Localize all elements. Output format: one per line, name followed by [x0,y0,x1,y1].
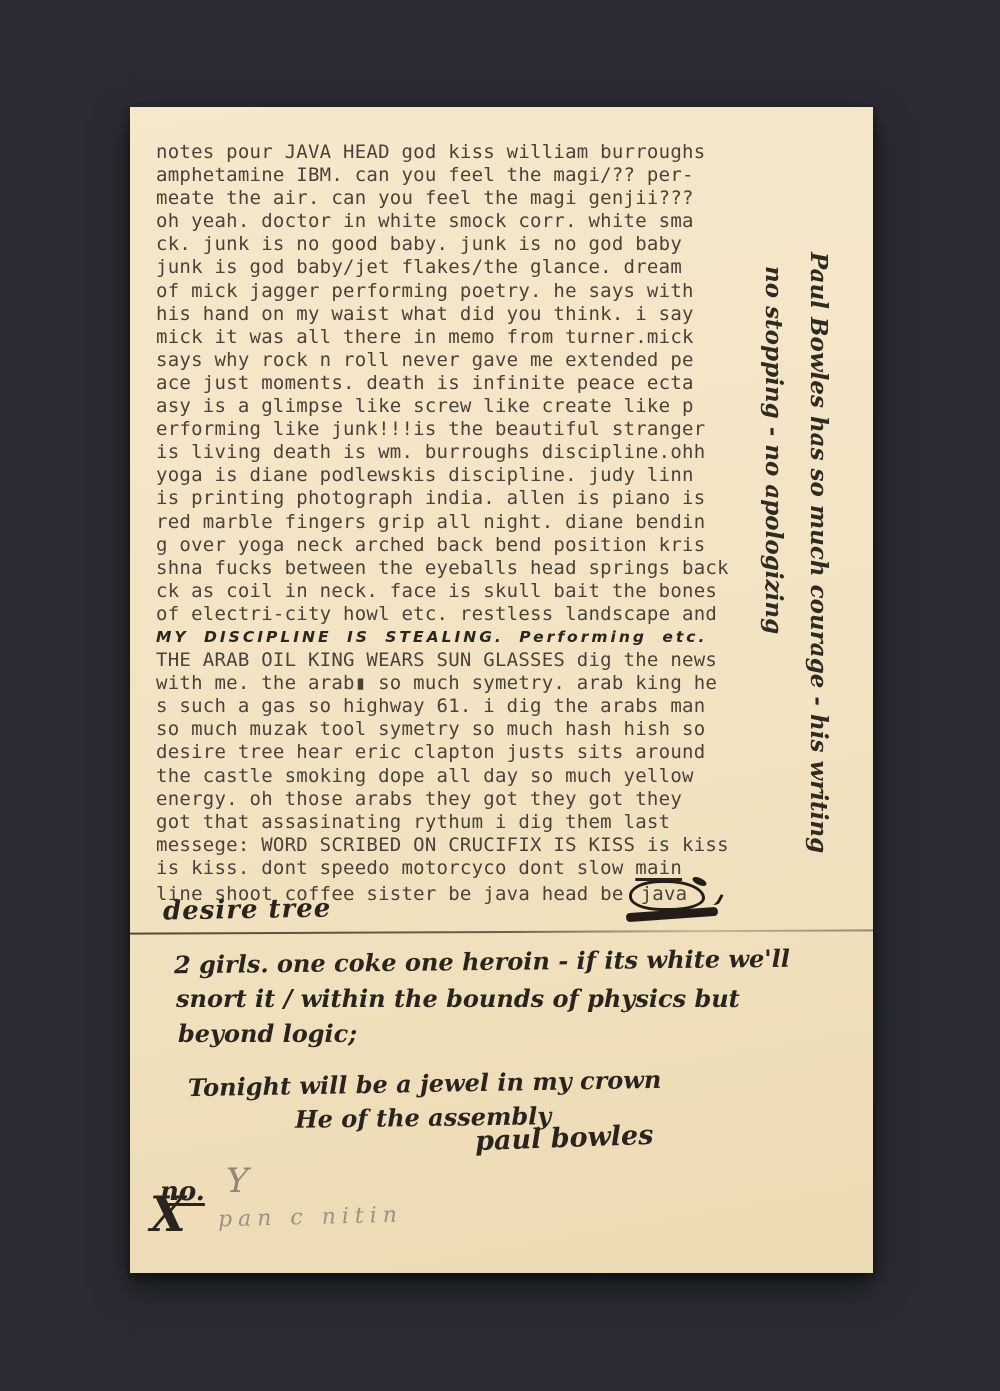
handwritten-desire-tree: desire tree [163,894,332,927]
typed-line: is printing photograph india. allen is p… [156,487,729,510]
handwritten-note-line2: snort it / within the bounds of physics … [176,984,740,1013]
typed-line: is living death is wm. burroughs discipl… [156,441,729,464]
typed-line: mick it was all there in memo from turne… [156,326,729,349]
handwritten-insert-stealing: MY DISCIPLINE IS STEALING. Performing et… [156,626,729,649]
typed-line: the castle smoking dope all day so much … [156,765,729,788]
typed-line: asy is a glimpse like screw like create … [156,395,729,418]
rotated-margin-note: Paul Bowles has so much courage - his wr… [749,252,841,912]
typed-line: of electri-city howl etc. restless lands… [156,603,729,626]
typed-line: with me. the arab▮ so much symetry. arab… [156,672,729,695]
typed-text: is kiss. dont speedo motorcyco dont slow [156,857,635,879]
underlined-word-main: main [635,857,682,879]
typed-line: so much muzak tool symetry so much hash … [156,718,729,741]
horizontal-rule-line [130,929,873,934]
typed-line: ace just moments. death is infinite peac… [156,372,729,395]
pencil-number-mark: Y [226,1161,248,1201]
pencil-scribble: pan c nitin [218,1203,404,1233]
typed-line: junk is god baby/jet flakes/the glance. … [156,256,729,279]
typed-line: messege: WORD SCRIBED ON CRUCIFIX IS KIS… [156,834,729,857]
typed-line: says why rock n roll never gave me exten… [156,349,729,372]
typescript-block: notes pour JAVA HEAD god kiss william bu… [156,141,729,911]
typed-line: energy. oh those arabs they got they got… [156,788,729,811]
typed-line: THE ARAB OIL KING WEARS SUN GLASSES dig … [156,649,729,672]
typed-line: yoga is diane podlewskis discipline. jud… [156,464,729,487]
typed-line: his hand on my waist what did you think.… [156,303,729,326]
typed-line: ck. junk is no good baby. junk is no god… [156,233,729,256]
typed-line: red marble fingers grip all night. diane… [156,511,729,534]
photo-background: notes pour JAVA HEAD god kiss william bu… [0,0,1000,1391]
margin-note-line1: Paul Bowles has so much courage - his wr… [796,252,841,912]
typed-line: notes pour JAVA HEAD god kiss william bu… [156,141,729,164]
typed-line: got that assasinating rythum i dig them … [156,811,729,834]
typed-line: shna fucks between the eyeballs head spr… [156,557,729,580]
handwritten-jewel-line1: Tonight will be a jewel in my crown [188,1065,662,1102]
typed-line: oh yeah. doctor in white smock corr. whi… [156,210,729,233]
handwritten-note-line3: beyond logic; [178,1019,357,1048]
typed-line: desire tree hear eric clapton justs sits… [156,741,729,764]
typed-line: meate the air. can you feel the magi gen… [156,187,729,210]
typed-line: ck as coil in neck. face is skull bait t… [156,580,729,603]
circled-word-java: java [629,880,706,911]
typed-line: amphetamine IBM. can you feel the magi/?… [156,164,729,187]
typed-line: g over yoga neck arched back bend positi… [156,534,729,557]
typed-line: erforming like junk!!!is the beautiful s… [156,418,729,441]
handwritten-note-line1: 2 girls. one coke one heroin - if its wh… [174,944,790,979]
typed-lines-bottom: THE ARAB OIL KING WEARS SUN GLASSES dig … [156,649,729,857]
typed-lines-top: notes pour JAVA HEAD god kiss william bu… [156,141,729,626]
typed-line: is kiss. dont speedo motorcyco dont slow… [156,857,729,880]
ink-x-mark: X [150,1190,186,1238]
pen-tick-mark [709,891,724,907]
typed-line: s such a gas so highway 61. i dig the ar… [156,695,729,718]
paper-sheet: notes pour JAVA HEAD god kiss william bu… [130,107,873,1273]
typed-line: of mick jagger performing poetry. he say… [156,280,729,303]
margin-note-line2: no stopping - no apologizing [751,252,796,912]
signature-paul-bowles: paul bowles [475,1120,654,1157]
